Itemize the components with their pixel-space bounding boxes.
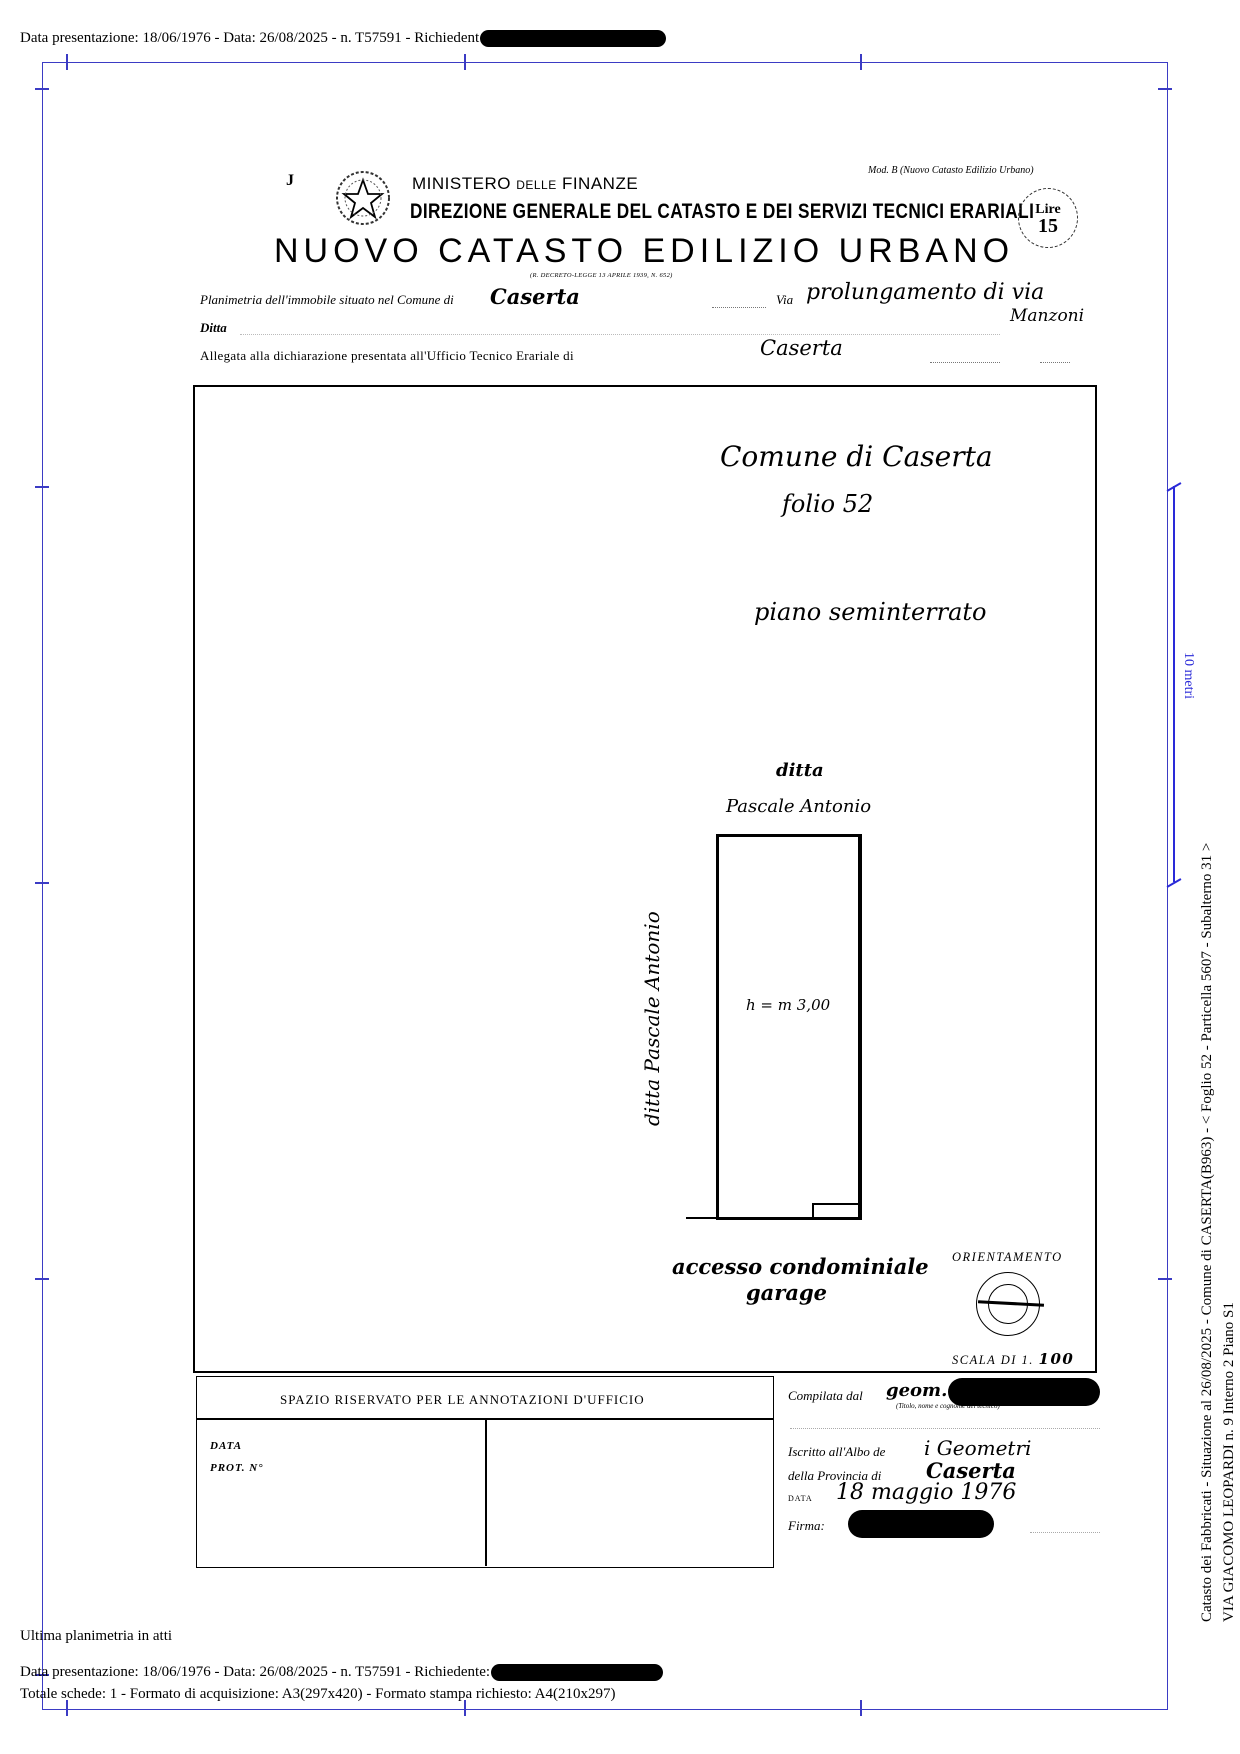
ditta-top-name: Pascale Antonio — [726, 796, 871, 817]
decree-ref: (R. DECRETO-LEGGE 13 APRILE 1939, N. 652… — [530, 272, 673, 279]
dotted-line — [1030, 1532, 1100, 1533]
plan-drawing-area — [193, 385, 1097, 1373]
compiler-date-value: 18 maggio 1976 — [836, 1480, 1016, 1505]
office-date-label: DATA — [210, 1440, 242, 1452]
scale-bar-10m — [1173, 486, 1175, 882]
ditta-side-note: ditta Pascale Antonio — [640, 911, 664, 1126]
albo-label: Iscritto all'Albo de — [788, 1444, 885, 1460]
floor-note: piano seminterrato — [754, 598, 987, 626]
frame-tick — [66, 54, 68, 70]
comune-value: Caserta — [490, 284, 580, 309]
garage-room — [716, 834, 862, 1220]
redacted-signature — [848, 1510, 994, 1538]
albo-value: i Geometri — [924, 1436, 1031, 1460]
scale-bar-label: 10 metri — [1180, 652, 1196, 699]
compiler-date-label: DATA — [788, 1494, 813, 1503]
frame-tick — [860, 54, 862, 70]
compiled-by-label: Compilata dal — [788, 1388, 863, 1404]
frame-tick — [860, 1700, 862, 1716]
dotted-line — [790, 1428, 1100, 1429]
scale-note: SCALA DI 1. 100 — [952, 1350, 1074, 1368]
dotted-line — [712, 307, 766, 308]
frame-tick — [35, 1278, 49, 1280]
emblem-icon — [334, 166, 392, 230]
signature-label: Firma: — [788, 1518, 825, 1534]
stamp-value: 15 — [1019, 218, 1077, 235]
footer-line1: Data presentazione: 18/06/1976 - Data: 2… — [20, 1664, 663, 1681]
dotted-line — [240, 334, 1000, 335]
redacted-requester — [480, 30, 666, 47]
entrance-step — [812, 1203, 861, 1205]
compiled-by-hint: (Titolo, nome e cognome del tecnico) — [896, 1402, 1000, 1410]
footer-line2: Totale schede: 1 - Formato di acquisizio… — [20, 1686, 616, 1703]
room-height-note: h = m 3,00 — [746, 996, 830, 1014]
ministry-title: MINISTERO DELLE FINANZE — [412, 174, 638, 194]
ditta-top-label: ditta — [776, 760, 824, 781]
outer-wall — [858, 834, 861, 1218]
top-header-text: Data presentazione: 18/06/1976 - Data: 2… — [20, 30, 479, 46]
frame-tick — [35, 486, 49, 488]
via-value: prolungamento di via — [806, 280, 1044, 305]
comune-note: Comune di Caserta — [720, 440, 993, 473]
frame-tick — [1158, 88, 1172, 90]
frame-tick — [464, 54, 466, 70]
ufficio-value: Caserta — [760, 336, 843, 360]
office-divider — [485, 1418, 487, 1566]
office-title: SPAZIO RISERVATO PER LE ANNOTAZIONI D'UF… — [280, 1392, 645, 1408]
corner-mark: J — [286, 172, 294, 190]
via-value-2: Manzoni — [1010, 306, 1084, 326]
frame-tick — [35, 88, 49, 90]
frame-tick — [35, 882, 49, 884]
compiled-by-value: geom. — [886, 1380, 947, 1401]
office-prot-label: PROT. N° — [210, 1462, 264, 1474]
dotted-line — [930, 362, 1000, 363]
dotted-line — [1040, 362, 1070, 363]
wall-stub — [686, 1217, 722, 1219]
model-label: Mod. B (Nuovo Catasto Edilizio Urbano) — [868, 165, 1034, 176]
top-header: Data presentazione: 18/06/1976 - Data: 2… — [20, 30, 666, 47]
side-info-line1: Catasto dei Fabbricati - Situazione al 2… — [1196, 843, 1218, 1622]
last-plan-note: Ultima planimetria in atti — [20, 1628, 172, 1645]
allegata-label: Allegata alla dichiarazione presentata a… — [200, 348, 574, 364]
folio-note: folio 52 — [782, 490, 873, 518]
revenue-stamp: Lire 15 — [1018, 188, 1078, 248]
side-info: Catasto dei Fabbricati - Situazione al 2… — [1196, 843, 1240, 1622]
access-note: accesso condominiale — [672, 1254, 929, 1279]
side-info-line2: VIA GIACOMO LEOPARDI n. 9 Interno 2 Pian… — [1218, 843, 1240, 1622]
redacted-requester-footer — [491, 1664, 663, 1681]
entrance-step — [812, 1203, 814, 1217]
planimetria-label: Planimetria dell'immobile situato nel Co… — [200, 292, 454, 308]
directorate-title: DIREZIONE GENERALE DEL CATASTO E DEI SER… — [410, 200, 1034, 224]
via-label: Via — [776, 292, 793, 308]
garage-note: garage — [746, 1280, 827, 1305]
ditta-label: Ditta — [200, 320, 227, 336]
form-title: NUOVO CATASTO EDILIZIO URBANO — [274, 232, 1014, 271]
frame-tick — [1158, 1278, 1172, 1280]
orientation-label: ORIENTAMENTO — [952, 1250, 1063, 1265]
